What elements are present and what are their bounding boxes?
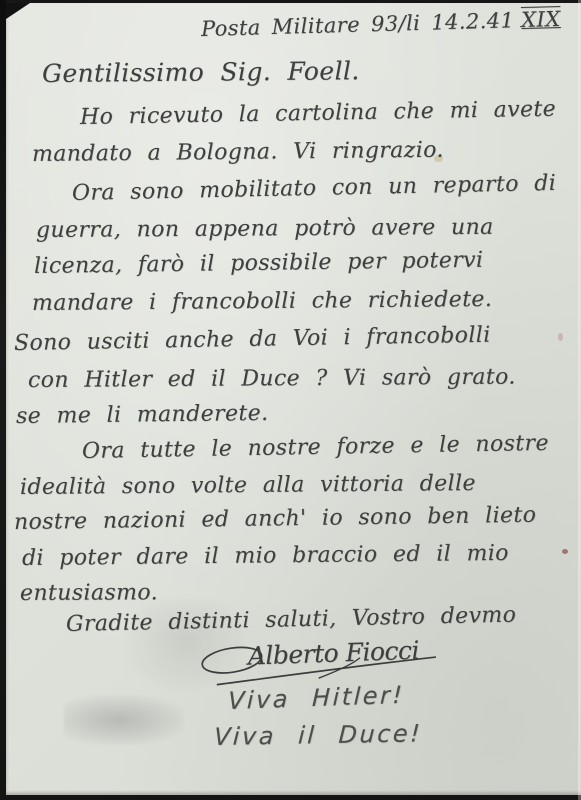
letter-line: nostre nazioni ed anch' io sono ben liet… [14,503,537,535]
paper-stain [558,333,563,341]
dateline-text: Posta Militare 93/li 14.2.41 [201,8,515,41]
scan-edge-bottom [0,795,581,800]
dateline: Posta Militare 93/li 14.2.41XIX [201,7,561,41]
letter-line: mandare i francobolli che richiedete. [32,287,492,316]
ink-smudge [64,695,184,745]
letter-line: Sono usciti anche da Voi i francobolli [14,323,491,356]
letter-line: Ho ricevuto la cartolina che mi avete [80,97,557,130]
scanned-letter: Posta Militare 93/li 14.2.41XIX Gentilis… [0,0,581,800]
letter-line: Ora tutte le nostre forze e le nostre [82,431,549,464]
dateline-year: XIX [521,7,561,32]
letter-line: di poter dare il mio braccio ed il mio [22,541,509,571]
letter-line: con Hitler ed il Duce ? Vi sarò grato. [28,365,516,393]
letter-line: Ora sono mobilitato con un reparto di [72,171,557,206]
letter-line: licenza, farò il possibile per potervi [34,248,484,279]
postscript-line: Viva Hitler! [228,681,406,715]
salutation: Gentilissimo Sig. Foell. [42,56,360,88]
letter-line: entusiasmo. [20,580,158,606]
letter-paper: Posta Militare 93/li 14.2.41XIX Gentilis… [6,3,581,795]
letter-line: guerra, non appena potrò avere una [36,215,494,243]
letter-line: se me li manderete. [16,401,269,429]
corner-tear [6,3,30,19]
letter-line: idealità sono volte alla vittoria delle [20,471,476,500]
signature-name: Alberto Fiocci [247,636,419,671]
postscript-line: Viva il Duce! [213,719,423,751]
scan-edge-left [0,0,6,800]
letter-line: mandato a Bologna. Vi ringrazio. [32,138,444,167]
scan-edge-top [0,0,581,3]
paper-stain [562,549,568,554]
